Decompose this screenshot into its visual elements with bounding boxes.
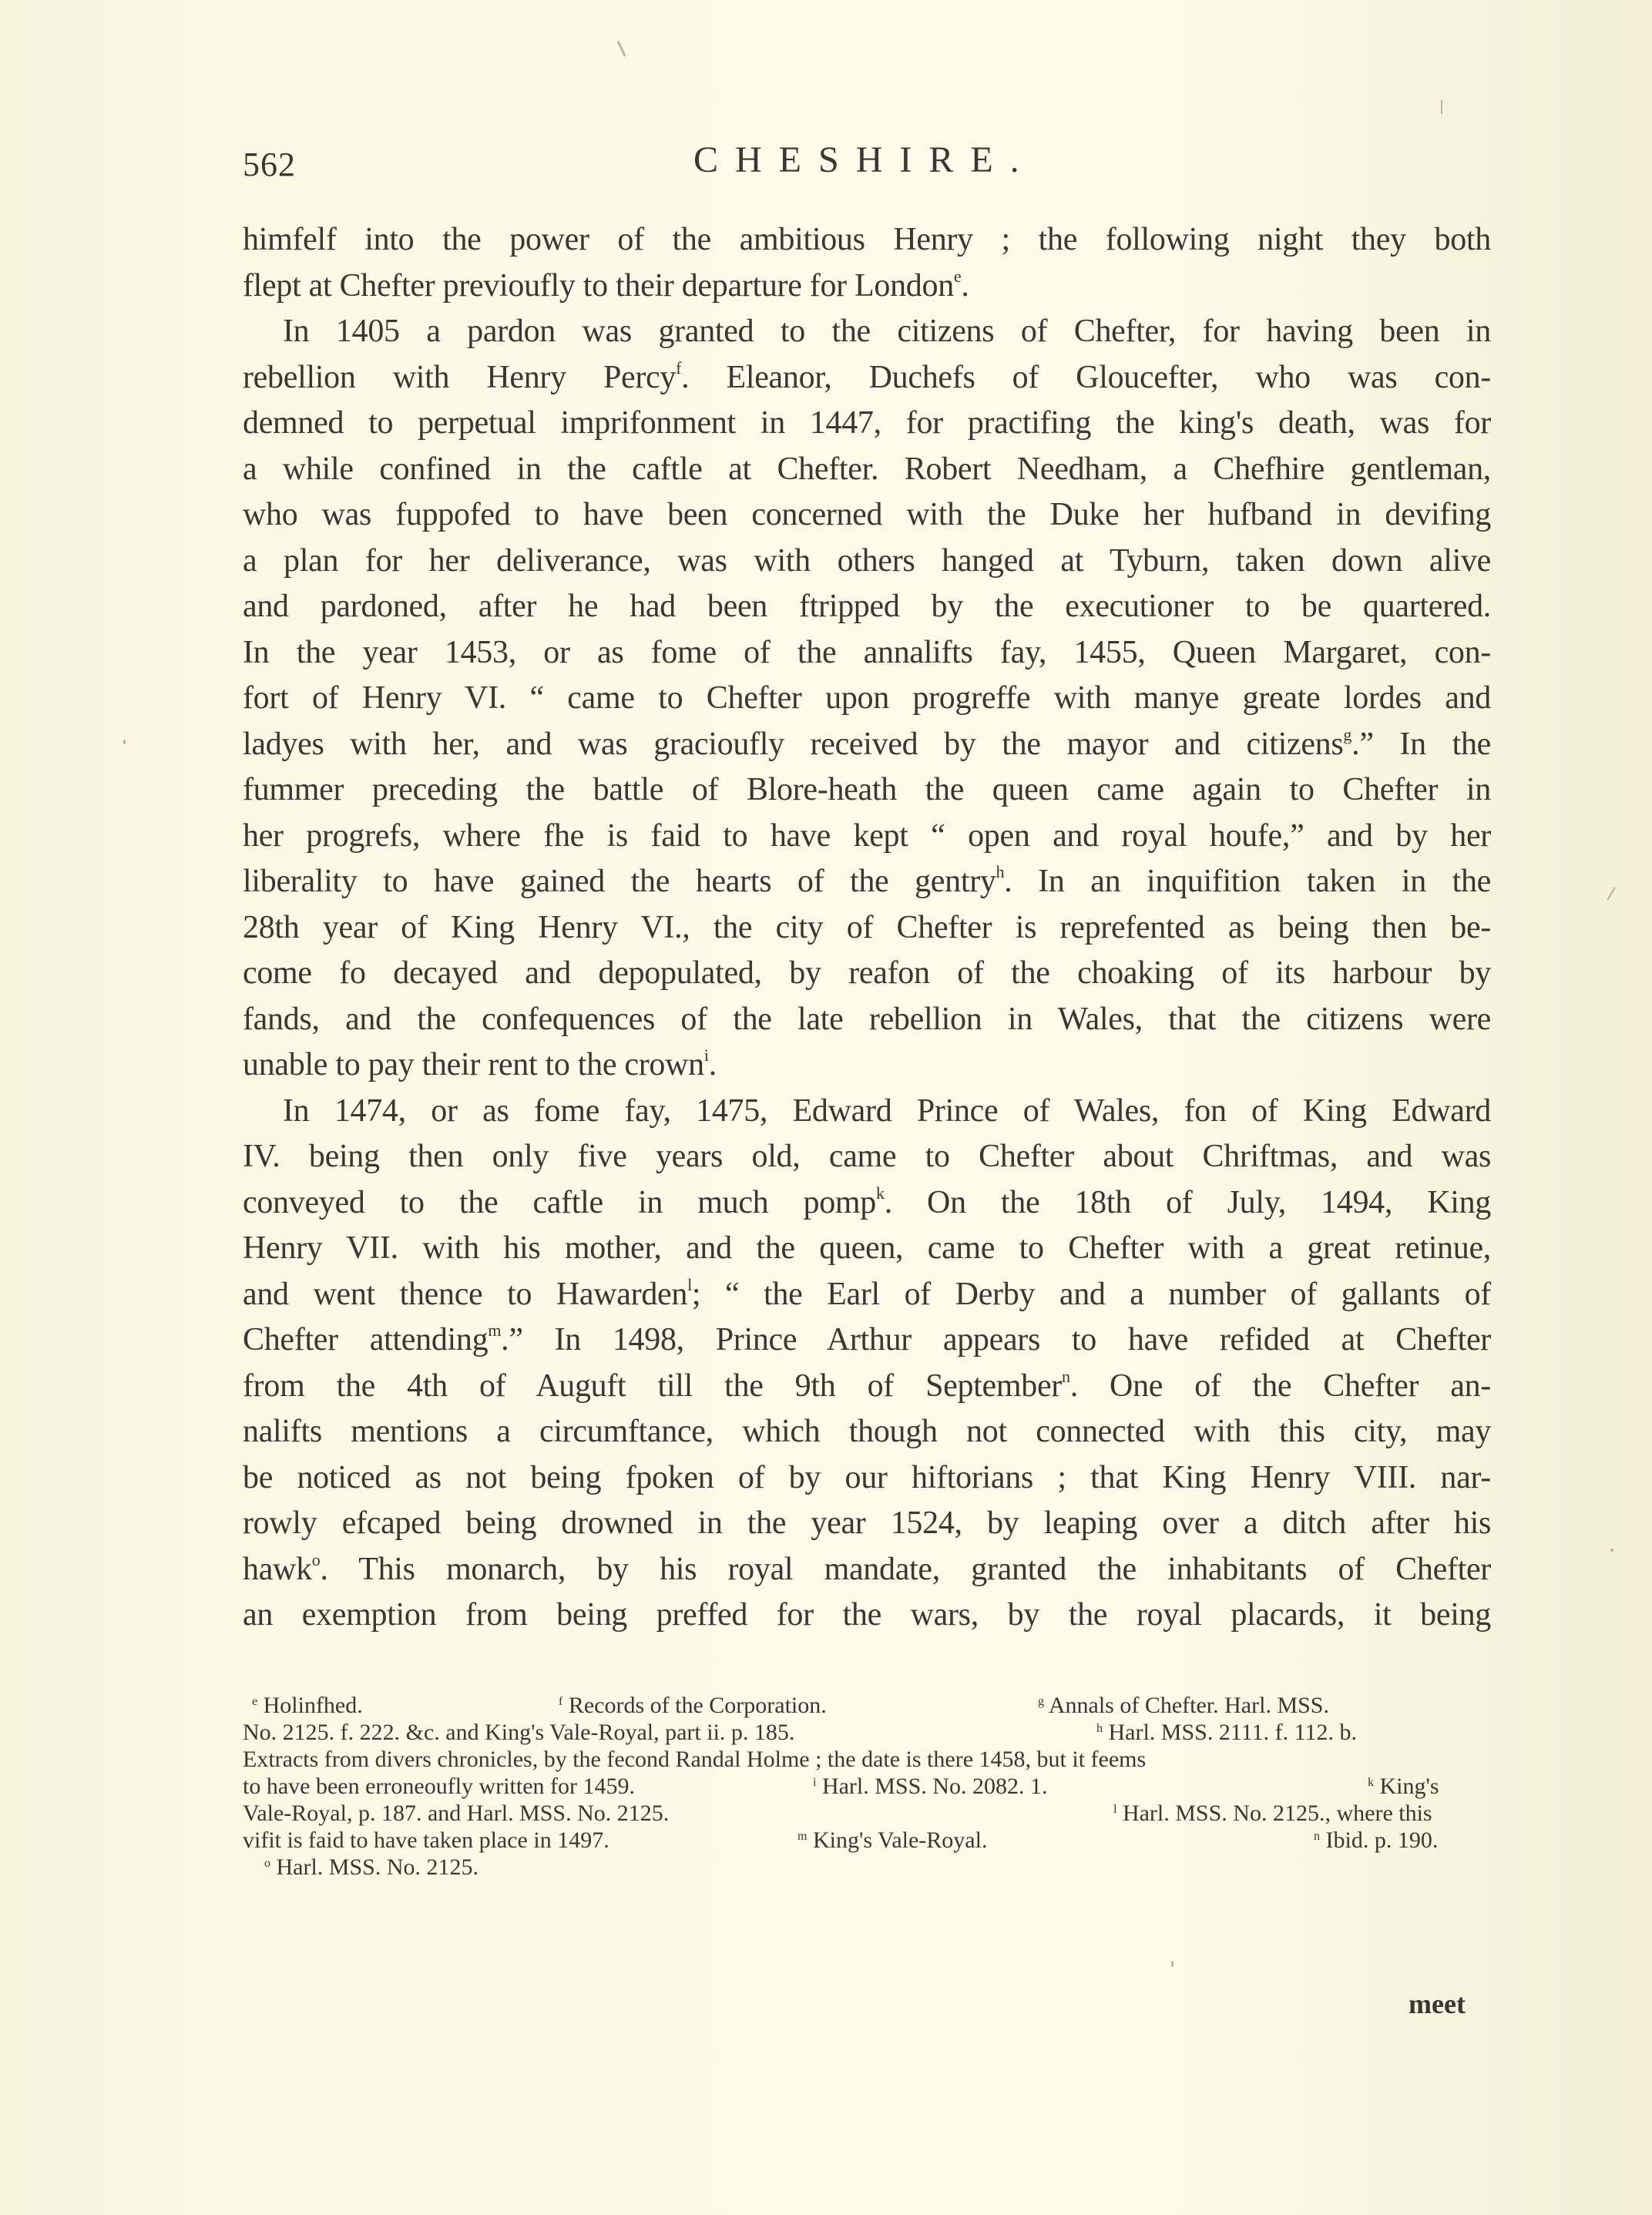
footnote: h Harl. MSS. 2111. f. 112. b.: [1096, 1719, 1357, 1746]
line-text: hawk: [243, 1552, 312, 1587]
line-text-after: . On the 18th of July, 1494, King: [885, 1185, 1491, 1220]
text-line: unable to pay their rent to the crowni.: [243, 1042, 1491, 1089]
footnote-marker: m: [797, 1830, 807, 1843]
line-text-after: .” In the: [1351, 727, 1491, 762]
line-text: from the 4th of Auguft till the 9th of S…: [243, 1368, 1062, 1404]
footnote-text: Harl. MSS. No. 2125., where this: [1123, 1801, 1432, 1826]
text-line: rowly efcaped being drowned in the year …: [243, 1501, 1491, 1547]
text-line: her progrefs, where fhe is faid to have …: [243, 814, 1491, 860]
line-text: In 1405 a pardon was granted to the citi…: [283, 314, 1491, 349]
line-text: an exemption from being preffed for the …: [243, 1597, 1491, 1633]
text-line: from the 4th of Auguft till the 9th of S…: [243, 1364, 1491, 1410]
line-text: nalifts mentions a circumftance, which t…: [243, 1414, 1491, 1449]
text-line: conveyed to the caftle in much pompk. On…: [243, 1180, 1491, 1227]
footnote: vifit is faid to have taken place in 149…: [243, 1827, 609, 1854]
line-text: fort of Henry VI. “ came to Chefter upon…: [243, 680, 1491, 716]
footnotes: e Holinfhed.f Records of the Corporation…: [243, 1692, 1491, 1881]
text-line: himfelf into the power of the ambitious …: [243, 217, 1491, 263]
footnote: m King's Vale-Royal.: [797, 1827, 987, 1854]
footnote-line: vifit is faid to have taken place in 149…: [243, 1827, 1491, 1854]
text-line: In 1474, or as fome fay, 1475, Edward Pr…: [243, 1089, 1491, 1135]
footnote-marker: k: [1368, 1776, 1374, 1789]
text-line: 28th year of King Henry VI., the city of…: [243, 905, 1491, 951]
footnote-marker: f: [559, 1695, 562, 1708]
running-head: 562 CHESHIRE.: [243, 139, 1491, 193]
paper-mark: [616, 40, 626, 56]
footnote: to have been erroneoufly written for 145…: [243, 1773, 635, 1800]
text-line: come fo decayed and depopulated, by reaf…: [243, 951, 1491, 997]
line-text: Henry VII. with his mother, and the quee…: [243, 1230, 1491, 1266]
line-text: In the year 1453, or as fome of the anna…: [243, 635, 1491, 670]
footnote-marker: o: [264, 1857, 270, 1870]
line-text: rowly efcaped being drowned in the year …: [243, 1505, 1491, 1541]
paper-mark: [1607, 887, 1616, 901]
line-text: be noticed as not being fpoken of by our…: [243, 1460, 1491, 1495]
text-line: demned to perpetual imprifonment in 1447…: [243, 401, 1491, 447]
line-text: ladyes with her, and was gracioufly rece…: [243, 727, 1343, 762]
footnote-ref[interactable]: m: [488, 1321, 501, 1340]
line-text: and pardoned, after he had been ftripped…: [243, 589, 1491, 624]
line-text-after: . Eleanor, Duchefs of Gloucefter, who wa…: [681, 360, 1491, 395]
text-line: a while confined in the caftle at Chefte…: [243, 447, 1491, 493]
footnote-ref[interactable]: k: [876, 1183, 885, 1203]
footnote: No. 2125. f. 222. &c. and King's Vale-Ro…: [243, 1719, 794, 1746]
footnote-line: to have been erroneoufly written for 145…: [243, 1773, 1491, 1800]
footnote-marker: l: [1113, 1803, 1116, 1816]
line-text-after: . This monarch, by his royal mandate, gr…: [320, 1552, 1491, 1587]
text-line: rebellion with Henry Percyf. Eleanor, Du…: [243, 355, 1491, 401]
footnote-text: Annals of Chefter. Harl. MSS.: [1049, 1693, 1329, 1718]
footnote-line: No. 2125. f. 222. &c. and King's Vale-Ro…: [243, 1719, 1491, 1746]
footnote-text: King's Vale-Royal.: [813, 1827, 988, 1853]
footnote-marker: n: [1314, 1830, 1320, 1843]
text-line: nalifts mentions a circumftance, which t…: [243, 1409, 1491, 1455]
paper-mark: [1441, 100, 1442, 114]
paper-mark: [123, 740, 126, 744]
footnote-text: Harl. MSS. No. 2082. 1.: [822, 1774, 1048, 1799]
footnote-marker: g: [1038, 1695, 1044, 1708]
line-text: and went thence to Hawarden: [243, 1277, 687, 1312]
footnote-text: No. 2125. f. 222. &c. and King's Vale-Ro…: [243, 1720, 794, 1745]
footnote-marker: h: [1096, 1722, 1103, 1735]
footnote: i Harl. MSS. No. 2082. 1.: [813, 1773, 1047, 1800]
footnote-marker: e: [252, 1695, 257, 1708]
line-text-after: .” In 1498, Prince Arthur appears to hav…: [501, 1322, 1491, 1358]
footnote-text: Extracts from divers chronicles, by the …: [243, 1747, 1146, 1772]
line-text: who was fuppofed to have been concerned …: [243, 497, 1491, 532]
text-line: In the year 1453, or as fome of the anna…: [243, 630, 1491, 676]
text-line: be noticed as not being fpoken of by our…: [243, 1455, 1491, 1502]
line-text: fummer preceding the battle of Blore-hea…: [243, 772, 1491, 807]
footnote: g Annals of Chefter. Harl. MSS.: [1038, 1692, 1329, 1719]
line-text: rebellion with Henry Percy: [243, 360, 676, 395]
line-text: a plan for her deliverance, was with oth…: [243, 543, 1491, 579]
line-text-after: .: [709, 1047, 717, 1082]
footnote-text: Harl. MSS. No. 2125.: [277, 1854, 479, 1880]
footnote-text: King's: [1380, 1774, 1439, 1799]
text-line: a plan for her deliverance, was with oth…: [243, 539, 1491, 585]
footnote-marker: i: [813, 1776, 816, 1789]
footnote-ref[interactable]: o: [312, 1550, 321, 1569]
footnote: n Ibid. p. 190.: [1314, 1827, 1438, 1854]
text-line: flept at Chefter previoufly to their dep…: [243, 263, 1491, 310]
footnote: Vale-Royal, p. 187. and Harl. MSS. No. 2…: [243, 1800, 669, 1827]
text-line: and pardoned, after he had been ftripped…: [243, 584, 1491, 630]
footnote-ref[interactable]: n: [1062, 1367, 1070, 1386]
footnote-text: Harl. MSS. 2111. f. 112. b.: [1109, 1720, 1358, 1745]
line-text: liberality to have gained the hearts of …: [243, 864, 996, 899]
footnote: f Records of the Corporation.: [559, 1692, 827, 1719]
paper-mark: [1171, 1961, 1174, 1967]
line-text: fands, and the confequences of the late …: [243, 1002, 1491, 1037]
text-line: an exemption from being preffed for the …: [243, 1592, 1491, 1639]
line-text-after: ; “ the Earl of Derby and a number of ga…: [692, 1277, 1491, 1312]
footnote-ref[interactable]: e: [954, 267, 961, 286]
footnote: o Harl. MSS. No. 2125.: [264, 1854, 478, 1881]
text-line: and went thence to Hawardenl; “ the Earl…: [243, 1272, 1491, 1318]
line-text: IV. being then only five years old, came…: [243, 1139, 1491, 1174]
footnote: e Holinfhed.: [252, 1692, 363, 1719]
footnote-text: Records of the Corporation.: [569, 1693, 827, 1718]
footnote-ref[interactable]: h: [996, 862, 1005, 881]
line-text: In 1474, or as fome fay, 1475, Edward Pr…: [283, 1093, 1491, 1129]
line-text: unable to pay their rent to the crown: [243, 1047, 704, 1082]
body-text: himfelf into the power of the ambitious …: [243, 217, 1491, 1639]
footnote-line: e Holinfhed.f Records of the Corporation…: [243, 1692, 1491, 1719]
line-text: himfelf into the power of the ambitious …: [243, 222, 1491, 257]
footnote: Extracts from divers chronicles, by the …: [243, 1746, 1146, 1773]
footnote-text: vifit is faid to have taken place in 149…: [243, 1827, 609, 1853]
line-text-after: . In an inquifition taken in the: [1004, 864, 1491, 899]
text-line: fort of Henry VI. “ came to Chefter upon…: [243, 676, 1491, 722]
page-title: CHESHIRE.: [693, 139, 1036, 181]
line-text: flept at Chefter previoufly to their dep…: [243, 268, 954, 304]
line-text: come fo decayed and depopulated, by reaf…: [243, 955, 1491, 991]
footnote-line: o Harl. MSS. No. 2125.: [243, 1854, 1491, 1881]
text-line: who was fuppofed to have been concerned …: [243, 492, 1491, 539]
text-line: Chefter attendingm.” In 1498, Prince Art…: [243, 1317, 1491, 1364]
text-line: In 1405 a pardon was granted to the citi…: [243, 309, 1491, 355]
line-text: demned to perpetual imprifonment in 1447…: [243, 405, 1491, 441]
line-text-after: .: [961, 268, 969, 304]
footnote-text: Vale-Royal, p. 187. and Harl. MSS. No. 2…: [243, 1801, 669, 1826]
line-text: her progrefs, where fhe is faid to have …: [243, 818, 1491, 854]
paper-mark: [1610, 1549, 1613, 1552]
footnote-text: Ibid. p. 190.: [1326, 1827, 1439, 1853]
text-line: hawko. This monarch, by his royal mandat…: [243, 1547, 1491, 1593]
line-text-after: . One of the Chefter an-: [1070, 1368, 1491, 1404]
text-line: fummer preceding the battle of Blore-hea…: [243, 767, 1491, 814]
footnote-text: Holinfhed.: [264, 1693, 363, 1718]
line-text: 28th year of King Henry VI., the city of…: [243, 910, 1491, 945]
text-line: liberality to have gained the hearts of …: [243, 859, 1491, 905]
catchword: meet: [1409, 1988, 1466, 2020]
line-text: Chefter attending: [243, 1322, 488, 1358]
footnote-ref[interactable]: g: [1343, 725, 1351, 744]
footnote-line: Extracts from divers chronicles, by the …: [243, 1746, 1491, 1773]
text-line: fands, and the confequences of the late …: [243, 997, 1491, 1043]
text-line: Henry VII. with his mother, and the quee…: [243, 1226, 1491, 1272]
footnote-line: Vale-Royal, p. 187. and Harl. MSS. No. 2…: [243, 1800, 1491, 1827]
footnote: l Harl. MSS. No. 2125., where this: [1113, 1800, 1432, 1827]
footnote: k King's: [1368, 1773, 1439, 1800]
line-text: conveyed to the caftle in much pomp: [243, 1185, 876, 1220]
text-line: IV. being then only five years old, came…: [243, 1134, 1491, 1180]
footnote-text: to have been erroneoufly written for 145…: [243, 1774, 635, 1799]
page-number: 562: [243, 145, 296, 184]
line-text: a while confined in the caftle at Chefte…: [243, 451, 1491, 487]
text-line: ladyes with her, and was gracioufly rece…: [243, 722, 1491, 768]
